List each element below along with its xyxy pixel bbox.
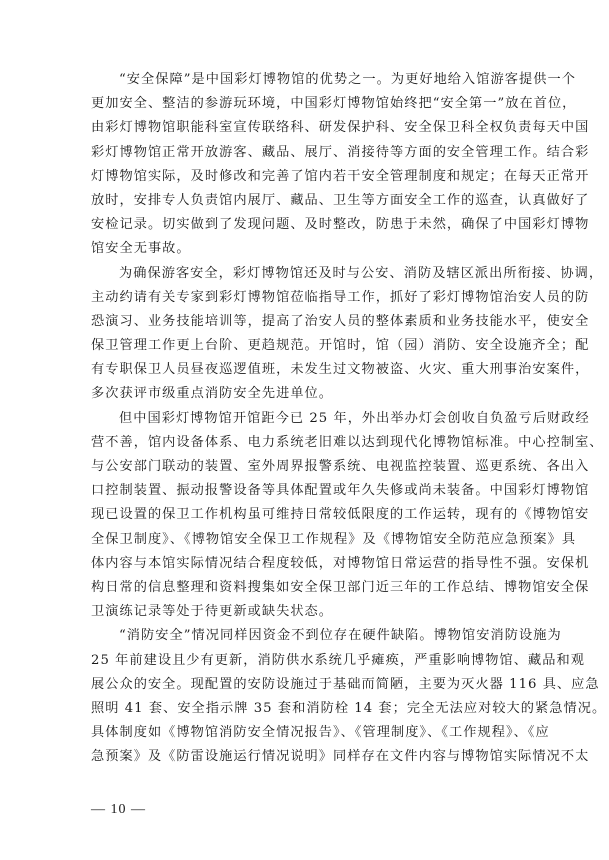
paragraph-1: “安全保障”是中国彩灯博物馆的优势之一。为更好地给入馆游客提供一个 更加安全、整… — [91, 68, 517, 262]
text-line: 放时，安排专人负责馆内展厅、藏品、卫生等方面安全工作的巡查，认真做好了 — [91, 189, 517, 213]
text-line: 为确保游客安全，彩灯博物馆还及时与公安、消防及辖区派出所衔接、协调， — [91, 262, 517, 286]
text-line: 多次获评市级重点消防安全先进单位。 — [91, 382, 517, 406]
text-line: “安全保障”是中国彩灯博物馆的优势之一。为更好地给入馆游客提供一个 — [91, 68, 517, 92]
text-line: 急预案》及《防雷设施运行情况说明》同样存在文件内容与博物馆实际情况不太 — [91, 745, 517, 769]
paragraph-3: 但中国彩灯博物馆开馆距今已 25 年，外出举办灯会创收自负盈亏后财政经 营不善，… — [91, 407, 517, 625]
text-line: 由彩灯博物馆职能科室宣传联络科、研发保护科、安全保卫科全权负责每天中国 — [91, 116, 517, 140]
text-line: 营不善，馆内设备体系、电力系统老旧难以达到现代化博物馆标准。中心控制室、 — [91, 431, 517, 455]
text-line: 体内容与本馆实际情况结合程度较低，对博物馆日常运营的指导性不强。安保机 — [91, 552, 517, 576]
text-line: 主动约请有关专家到彩灯博物馆莅临指导工作，抓好了彩灯博物馆治安人员的防 — [91, 286, 517, 310]
text-line: 25 年前建设且少有更新，消防供水系统几乎瘫痪，严重影响博物馆、藏品和观 — [91, 649, 517, 673]
text-line: 但中国彩灯博物馆开馆距今已 25 年，外出举办灯会创收自负盈亏后财政经 — [91, 407, 517, 431]
paragraph-2: 为确保游客安全，彩灯博物馆还及时与公安、消防及辖区派出所衔接、协调， 主动约请有… — [91, 262, 517, 407]
text-line: 恐演习、业务技能培训等，提高了治安人员的整体素质和业务技能水平，使安全 — [91, 310, 517, 334]
text-line: 有专职保卫人员昼夜巡逻值班，未发生过文物被盗、火灾、重大刑事治安案件， — [91, 358, 517, 382]
text-line: 全保卫制度》、《博物馆安全保卫工作规程》及《博物馆安全防范应急预案》具 — [91, 528, 517, 552]
text-line: 具体制度如《博物馆消防安全情况报告》、《管理制度》、《工作规程》、《应 — [91, 721, 517, 745]
text-line: 展公众的安全。现配置的安防设施过于基础而简陋，主要为灭火器 116 具、应急 — [91, 673, 517, 697]
text-line: 口控制装置、振动报警设备等具体配置或年久失修或尚未装备。中国彩灯博物馆 — [91, 479, 517, 503]
paragraph-4: “消防安全”情况同样因资金不到位存在硬件缺陷。博物馆安消防设施为 25 年前建设… — [91, 624, 517, 769]
body-text: “安全保障”是中国彩灯博物馆的优势之一。为更好地给入馆游客提供一个 更加安全、整… — [91, 68, 517, 769]
text-line: 馆安全无事故。 — [91, 237, 517, 261]
text-line: 与公安部门联动的装置、室外周界报警系统、电视监控装置、巡更系统、各出入 — [91, 455, 517, 479]
text-line: 灯博物馆实际，及时修改和完善了馆内若干安全管理制度和规定；在每天正常开 — [91, 165, 517, 189]
text-line: 更加安全、整洁的参游玩环境，中国彩灯博物馆始终把“安全第一”放在首位， — [91, 92, 517, 116]
text-line: 照明 41 套、安全指示牌 35 套和消防栓 14 套；完全无法应对较大的紧急情… — [91, 697, 517, 721]
text-line: 安检记录。切实做到了发现问题、及时整改，防患于未然，确保了中国彩灯博物 — [91, 213, 517, 237]
text-line: 卫演练记录等处于待更新或缺失状态。 — [91, 600, 517, 624]
document-page: “安全保障”是中国彩灯博物馆的优势之一。为更好地给入馆游客提供一个 更加安全、整… — [0, 0, 609, 860]
text-line: 保卫管理工作更上台阶、更趋规范。开馆时，馆（园）消防、安全设施齐全；配 — [91, 334, 517, 358]
text-line: 彩灯博物馆正常开放游客、藏品、展厅、消接待等方面的安全管理工作。结合彩 — [91, 141, 517, 165]
text-line: 构日常的信息整理和资料搜集如安全保卫部门近三年的工作总结、博物馆安全保 — [91, 576, 517, 600]
page-number: — 10 — — [91, 799, 146, 821]
text-line: “消防安全”情况同样因资金不到位存在硬件缺陷。博物馆安消防设施为 — [91, 624, 517, 648]
text-line: 现已设置的保卫工作机构虽可维持日常较低限度的工作运转，现有的《博物馆安 — [91, 503, 517, 527]
